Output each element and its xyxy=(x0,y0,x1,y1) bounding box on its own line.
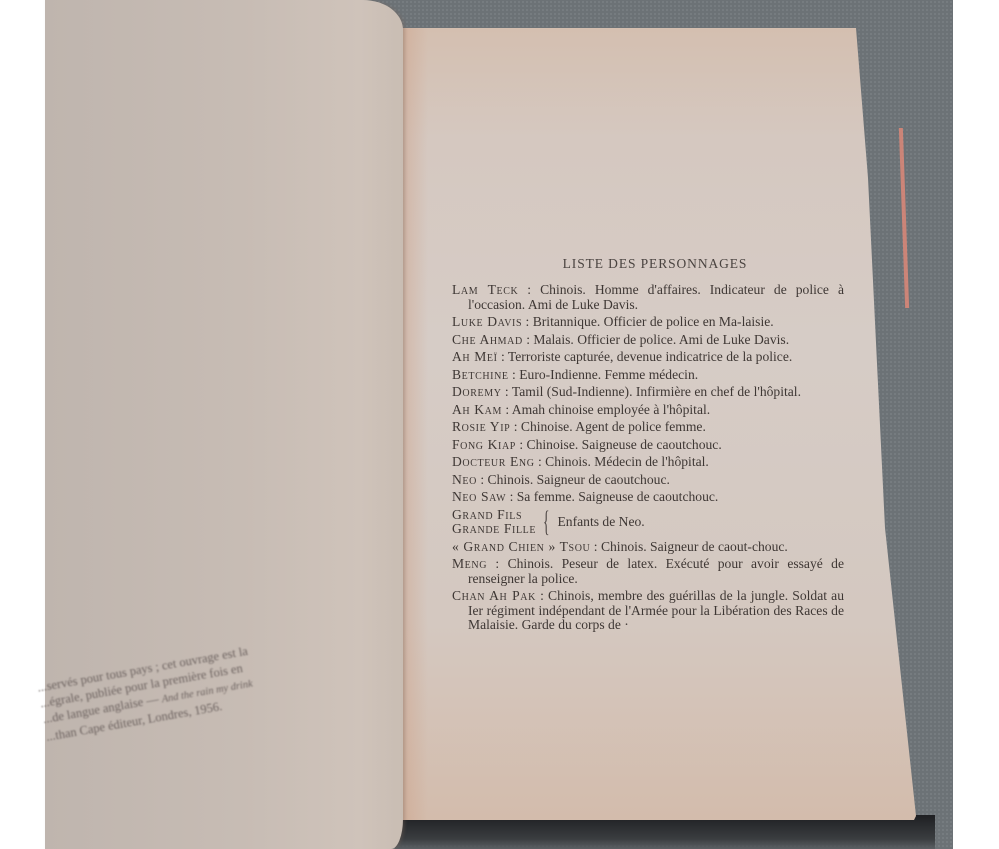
character-entry: Neo Saw : Sa femme. Saigneuse de caoutch… xyxy=(452,490,844,505)
character-name: Meng xyxy=(452,556,487,571)
character-entry: Che Ahmad : Malais. Officier de police. … xyxy=(452,333,844,348)
character-entry: Ah Kam : Amah chinoise employée à l'hôpi… xyxy=(452,403,844,418)
character-description: Chinois. Médecin de l'hôpital. xyxy=(545,454,709,469)
character-name: Ah Meï xyxy=(452,349,498,364)
book-shadow xyxy=(395,815,935,849)
character-description: Amah chinoise employée à l'hôpital. xyxy=(512,402,710,417)
bracket-group: Grand FilsGrande Fille{Enfants de Neo. xyxy=(452,508,844,537)
character-name: Fong Kiap xyxy=(452,437,516,452)
character-entry: Lam Teck : Chinois. Homme d'affaires. In… xyxy=(452,283,844,312)
character-description: Terroriste capturée, devenue indicatrice… xyxy=(508,349,792,364)
separator: : xyxy=(536,588,548,603)
separator: : xyxy=(502,402,512,417)
character-list: Lam Teck : Chinois. Homme d'affaires. In… xyxy=(452,283,844,636)
character-entry: Meng : Chinois. Peseur de latex. Exécuté… xyxy=(452,557,844,586)
character-description: Tamil (Sud-Indienne). Infirmière en chef… xyxy=(512,384,801,399)
character-entry: Ah Meï : Terroriste capturée, devenue in… xyxy=(452,350,844,365)
character-description: Enfants de Neo. xyxy=(557,515,644,530)
character-description: Chinoise. Saigneuse de caoutchouc. xyxy=(527,437,722,452)
separator: : xyxy=(506,489,517,504)
separator: : xyxy=(590,539,601,554)
character-name: Betchine xyxy=(452,367,509,382)
character-description: Malais. Officier de police. Ami de Luke … xyxy=(533,332,789,347)
separator: : xyxy=(516,437,527,452)
page-title: LISTE DES PERSONNAGES xyxy=(540,256,770,272)
character-description: Euro-Indienne. Femme médecin. xyxy=(519,367,698,382)
character-name: Chan Ah Pak xyxy=(452,588,536,603)
character-description: Chinoise. Agent de police femme. xyxy=(521,419,706,434)
character-description: Britannique. Officier de police en Ma-la… xyxy=(533,314,774,329)
character-entry: Docteur Eng : Chinois. Médecin de l'hôpi… xyxy=(452,455,844,470)
separator: : xyxy=(487,556,508,571)
character-description: Chinois. Saigneur de caout-chouc. xyxy=(601,539,788,554)
separator: : xyxy=(509,367,520,382)
character-name: Lam Teck xyxy=(452,282,518,297)
separator: : xyxy=(498,349,508,364)
character-entry: Fong Kiap : Chinoise. Saigneuse de caout… xyxy=(452,438,844,453)
character-entry: Neo : Chinois. Saigneur de caoutchouc. xyxy=(452,473,844,488)
separator: : xyxy=(522,314,533,329)
image-margin-right xyxy=(953,0,999,849)
separator: : xyxy=(518,282,540,297)
separator: : xyxy=(535,454,546,469)
character-entry: « Grand Chien » Tsou : Chinois. Saigneur… xyxy=(452,540,844,555)
character-name: Che Ahmad xyxy=(452,332,523,347)
character-name: Grande Fille xyxy=(452,522,536,537)
character-entry: Rosie Yip : Chinoise. Agent de police fe… xyxy=(452,420,844,435)
separator: : xyxy=(477,472,488,487)
bracket-names: Grand FilsGrande Fille xyxy=(452,508,536,537)
brace-icon: { xyxy=(543,508,549,536)
image-margin-left xyxy=(0,0,45,849)
character-entry: Doremy : Tamil (Sud-Indienne). Infirmièr… xyxy=(452,385,844,400)
character-name: Neo Saw xyxy=(452,489,506,504)
character-name: Doremy xyxy=(452,384,502,399)
separator: : xyxy=(510,419,521,434)
character-name: Docteur Eng xyxy=(452,454,535,469)
separator: : xyxy=(523,332,534,347)
character-name: Grand Fils xyxy=(452,508,536,523)
character-entry: Luke Davis : Britannique. Officier de po… xyxy=(452,315,844,330)
character-description: Chinois. Peseur de latex. Exécuté pour a… xyxy=(468,556,844,586)
character-name: Luke Davis xyxy=(452,314,522,329)
character-description: Chinois. Saigneur de caoutchouc. xyxy=(488,472,670,487)
character-name: « Grand Chien » Tsou xyxy=(452,539,590,554)
character-description: Sa femme. Saigneuse de caoutchouc. xyxy=(517,489,719,504)
character-name: Ah Kam xyxy=(452,402,502,417)
character-name: Neo xyxy=(452,472,477,487)
character-entry: Betchine : Euro-Indienne. Femme médecin. xyxy=(452,368,844,383)
character-entry: Chan Ah Pak : Chinois, membre des guéril… xyxy=(452,589,844,633)
character-name: Rosie Yip xyxy=(452,419,510,434)
separator: : xyxy=(502,384,512,399)
